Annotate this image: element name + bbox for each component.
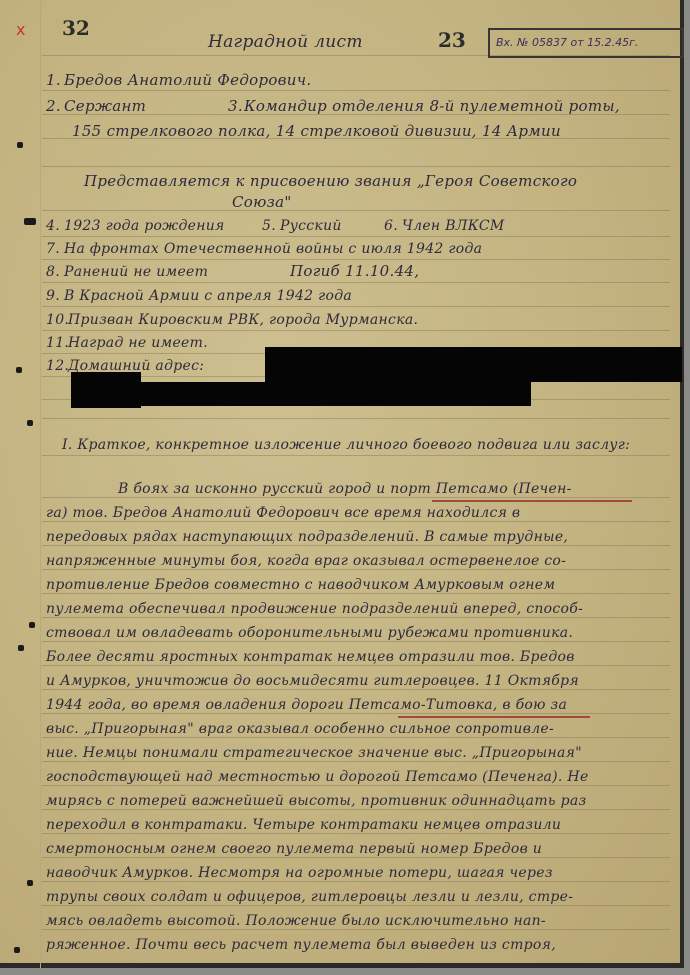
ruled-line bbox=[42, 713, 670, 714]
ruled-line bbox=[42, 857, 670, 858]
ruled-line bbox=[42, 809, 670, 810]
ruled-line bbox=[42, 881, 670, 882]
ruled-line bbox=[42, 210, 670, 211]
red-underline bbox=[432, 500, 632, 502]
ruled-line bbox=[42, 785, 670, 786]
hole-punch-mark bbox=[24, 218, 36, 225]
body-line: и Амурков, уничтожив до восьмидесяти гит… bbox=[46, 673, 579, 689]
ruled-line bbox=[42, 545, 670, 546]
ruled-line bbox=[42, 593, 670, 594]
hole-punch-mark bbox=[27, 880, 33, 886]
ruled-line bbox=[42, 521, 670, 522]
body-line: га) тов. Бредов Анатолий Федорович все в… bbox=[46, 505, 520, 521]
hole-punch-mark bbox=[29, 622, 35, 628]
field-1-name: Бредов Анатолий Федорович. bbox=[64, 71, 311, 89]
ruled-line bbox=[42, 617, 670, 618]
award-sheet: x 32 Наградной лист 23 Вх. № 05837 от 15… bbox=[0, 0, 684, 968]
body-line: переходил в контратаки. Четыре контратак… bbox=[46, 817, 561, 833]
section-heading: I. Краткое, конкретное изложение личного… bbox=[62, 437, 630, 453]
ruled-line bbox=[42, 455, 670, 456]
body-line: Более десяти яростных контратак немцев о… bbox=[46, 649, 575, 665]
page-number: 32 bbox=[62, 16, 90, 40]
body-line: передовых рядах наступающих подразделени… bbox=[46, 529, 568, 545]
field-12-label: 12. bbox=[46, 358, 69, 374]
field-10-label: 10. bbox=[46, 312, 69, 328]
document-title: Наградной лист bbox=[208, 32, 363, 52]
nomination-line-1: Представляется к присвоению звания „Геро… bbox=[84, 172, 577, 190]
field-3-unit: 155 стрелкового полка, 14 стрелковой див… bbox=[72, 122, 561, 140]
field-9-label: 9. bbox=[46, 288, 60, 304]
ruled-line bbox=[42, 282, 670, 283]
body-line: господствующей над местностью и дорогой … bbox=[46, 769, 589, 785]
field-7-front-service: На фронтах Отечественной войны с июля 19… bbox=[64, 241, 482, 257]
ruled-line bbox=[42, 569, 670, 570]
body-line: ние. Немцы понимали стратегическое значе… bbox=[46, 745, 582, 761]
field-5-label: 5. bbox=[262, 218, 276, 234]
ruled-line bbox=[42, 236, 670, 237]
ruled-line bbox=[42, 929, 670, 930]
body-line: смертоносным огнем своего пулемета первы… bbox=[46, 841, 542, 857]
field-3-label: 3. bbox=[228, 97, 243, 115]
hole-punch-mark bbox=[18, 645, 24, 651]
field-1-label: 1. bbox=[46, 71, 61, 89]
ruled-line bbox=[42, 737, 670, 738]
body-line: 1944 года, во время овладения дороги Пет… bbox=[46, 697, 567, 713]
field-11-awards: Наград не имеет. bbox=[68, 335, 208, 351]
redaction-block bbox=[71, 372, 141, 408]
body-line: мясь овладеть высотой. Положение было ис… bbox=[46, 913, 546, 929]
field-8-label: 8. bbox=[46, 264, 60, 280]
field-10-drafted-by: Призван Кировским РВК, города Мурманска. bbox=[68, 312, 418, 328]
field-4-birth-year: 1923 года рождения bbox=[64, 218, 225, 234]
body-line: ствовал им овладевать оборонительными ру… bbox=[46, 625, 573, 641]
hole-punch-mark bbox=[17, 142, 23, 148]
ruled-line bbox=[42, 641, 670, 642]
sheet-number: 23 bbox=[438, 28, 466, 52]
body-line: мирясь с потерей важнейшей высоты, проти… bbox=[46, 793, 586, 809]
ruled-line bbox=[42, 90, 670, 91]
hole-punch-mark bbox=[27, 420, 33, 426]
field-5-nationality: Русский bbox=[280, 218, 342, 234]
body-line: трупы своих солдат и офицеров, гитлеровц… bbox=[46, 889, 573, 905]
field-11-label: 11. bbox=[46, 335, 69, 351]
redaction-block bbox=[265, 347, 682, 382]
ruled-line bbox=[42, 689, 670, 690]
body-line: В боях за исконно русский город и порт П… bbox=[118, 481, 572, 497]
incoming-stamp: Вх. № 05837 от 15.2.45г. bbox=[488, 28, 684, 58]
margin-line bbox=[40, 0, 41, 968]
hole-punch-mark bbox=[14, 947, 20, 953]
ruled-line bbox=[42, 497, 670, 498]
field-2-label: 2. bbox=[46, 97, 61, 115]
ruled-line bbox=[42, 418, 670, 419]
nomination-line-2: Союза" bbox=[232, 193, 292, 211]
ruled-line bbox=[42, 665, 670, 666]
ruled-line bbox=[42, 905, 670, 906]
body-line: напряженные минуты боя, когда враг оказы… bbox=[46, 553, 566, 569]
body-line: выс. „Пригорыная" враг оказывал особенно… bbox=[46, 721, 554, 737]
ruled-line bbox=[42, 330, 670, 331]
ruled-line bbox=[42, 259, 670, 260]
field-2-rank: Сержант bbox=[64, 97, 146, 115]
body-line: пулемета обеспечивал продвижение подразд… bbox=[46, 601, 583, 617]
field-7-label: 7. bbox=[46, 241, 60, 257]
ruled-line bbox=[42, 833, 670, 834]
field-6-party: Член ВЛКСМ bbox=[402, 218, 505, 234]
field-3-position: Командир отделения 8-й пулеметной роты, bbox=[244, 97, 620, 115]
field-9-army-since: В Красной Армии с апреля 1942 года bbox=[64, 288, 352, 304]
body-line: ряженное. Почти весь расчет пулемета был… bbox=[46, 937, 556, 953]
ruled-line bbox=[42, 761, 670, 762]
hole-punch-mark bbox=[16, 367, 22, 373]
red-underline bbox=[398, 716, 590, 718]
field-8-wounds: Ранений не имеет bbox=[64, 264, 208, 280]
ruled-line bbox=[42, 306, 670, 307]
body-line: противление Бредов совместно с наводчико… bbox=[46, 577, 555, 593]
death-note: Погиб 11.10.44, bbox=[290, 262, 419, 280]
body-line: наводчик Амурков. Несмотря на огромные п… bbox=[46, 865, 553, 881]
field-4-label: 4. bbox=[46, 218, 60, 234]
ruled-line bbox=[42, 166, 670, 167]
field-6-label: 6. bbox=[384, 218, 398, 234]
margin-x-mark: x bbox=[16, 20, 25, 39]
incoming-stamp-text: Вх. № 05837 от 15.2.45г. bbox=[496, 36, 638, 49]
